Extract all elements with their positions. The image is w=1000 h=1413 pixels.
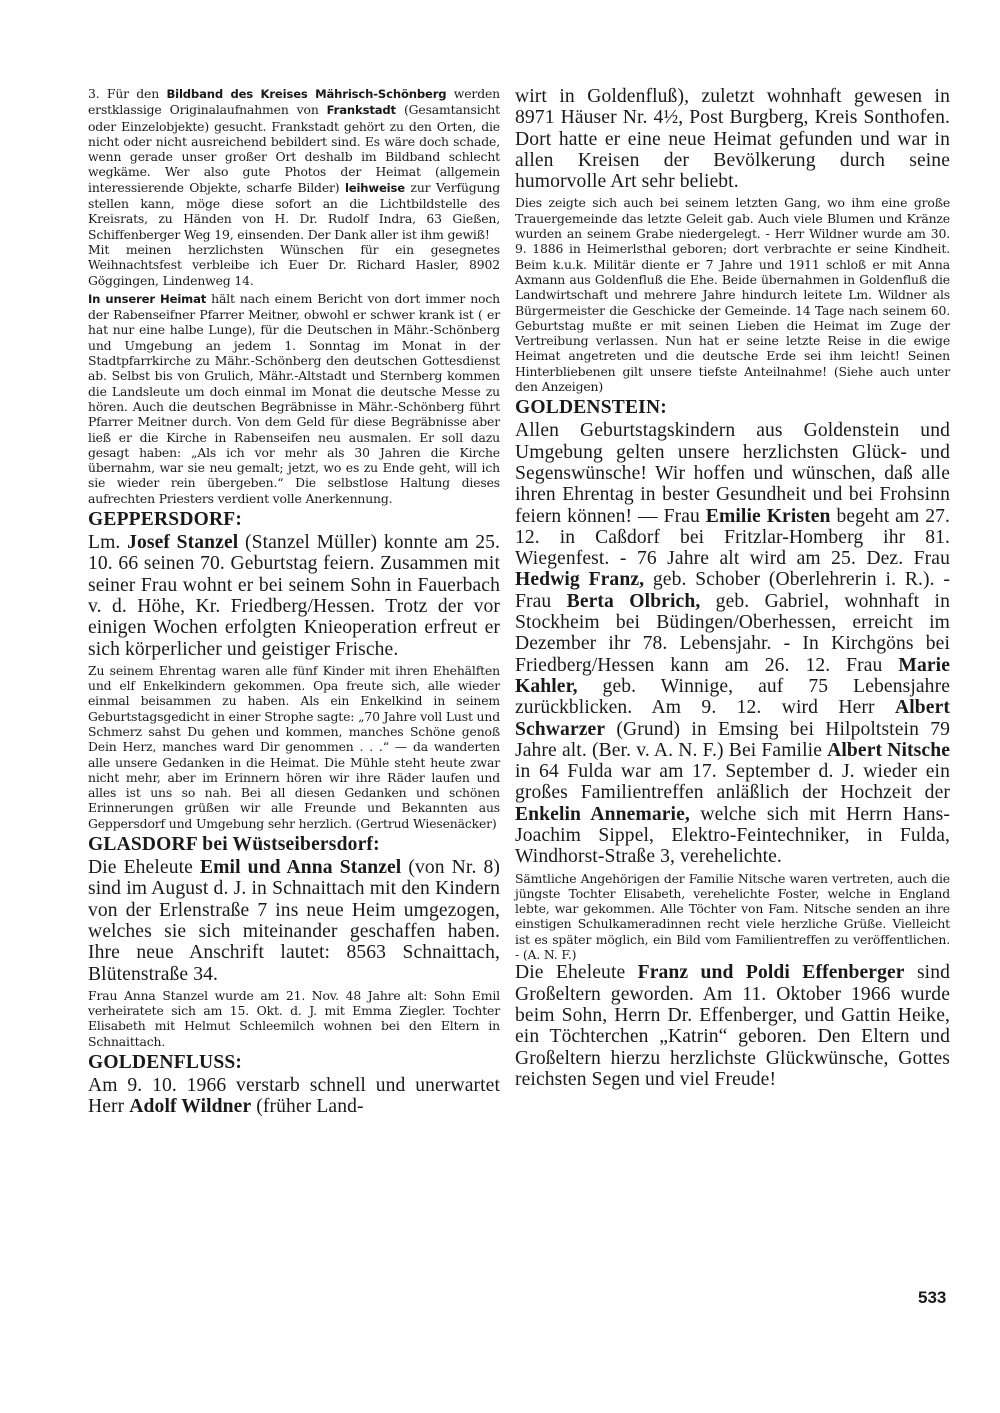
goldenstein-birthdays: Allen Geburtstagskindern aus Goldenstein… xyxy=(515,420,950,867)
text: 3. Für den xyxy=(88,86,166,101)
name-albert-nitsche: Albert Nitsche xyxy=(827,740,950,761)
name-josef-stanzel: Josef Stanzel xyxy=(127,532,238,553)
heading-goldenfluss: GOLDENFLUSS: xyxy=(88,1052,500,1074)
goldenfluss-continuation: wirt in Goldenfluß), zuletzt wohnhaft ge… xyxy=(515,86,950,192)
emphasis-bildband: Bildband des Kreises Mährisch-Schönberg xyxy=(166,87,446,101)
text: hält nach einem Bericht von dort immer n… xyxy=(88,291,500,506)
heimat-paragraph: In unserer Heimat hält nach einem Berich… xyxy=(88,291,500,506)
emphasis-heimat: In unserer Heimat xyxy=(88,292,206,306)
page-number: 533 xyxy=(918,1288,946,1308)
glasdorf-lead: Die Eheleute Emil und Anna Stanzel (von … xyxy=(88,857,500,985)
goldenfluss-lead: Am 9. 10. 1966 verstarb schnell und uner… xyxy=(88,1075,500,1118)
text: in 64 Fulda war am 17. September d. J. w… xyxy=(515,761,950,803)
name-adolf-wildner: Adolf Wildner xyxy=(129,1096,251,1117)
text: (früher Land- xyxy=(251,1096,363,1117)
right-column: wirt in Goldenfluß), zuletzt wohnhaft ge… xyxy=(515,86,950,1090)
name-emil-anna-stanzel: Emil und Anna Stanzel xyxy=(200,857,401,878)
heading-glasdorf: GLASDORF bei Wüstseibersdorf: xyxy=(88,834,500,856)
name-hedwig-franz: Hedwig Franz, xyxy=(515,569,644,590)
emphasis-frankstadt: Frankstadt xyxy=(327,103,396,117)
heading-geppersdorf: GEPPERSDORF: xyxy=(88,509,500,531)
name-berta-olbrich: Berta Olbrich, xyxy=(567,591,701,612)
geppersdorf-lead: Lm. Josef Stanzel (Stanzel Müller) konnt… xyxy=(88,532,500,660)
goldenfluss-detail: Dies zeigte sich auch bei seinem letzten… xyxy=(515,195,950,394)
nitsche-detail: Sämtliche Angehörigen der Familie Nitsch… xyxy=(515,871,950,963)
emphasis-leihweise: leihweise xyxy=(345,181,405,195)
greeting-paragraph: Mit meinen herzlichsten Wünschen für ein… xyxy=(88,242,500,288)
glasdorf-detail: Frau Anna Stanzel wurde am 21. Nov. 48 J… xyxy=(88,988,500,1049)
effenberger-paragraph: Die Eheleute Franz und Poldi Effenberger… xyxy=(515,962,950,1090)
name-effenberger: Franz und Poldi Effenberger xyxy=(638,962,905,983)
left-column: 3. Für den Bildband des Kreises Mährisch… xyxy=(88,86,500,1118)
newsletter-page: 3. Für den Bildband des Kreises Mährisch… xyxy=(0,0,1000,1413)
heading-goldenstein: GOLDENSTEIN: xyxy=(515,397,950,419)
geppersdorf-detail: Zu seinem Ehrentag waren alle fünf Kinde… xyxy=(88,663,500,831)
bildband-paragraph: 3. Für den Bildband des Kreises Mährisch… xyxy=(88,86,500,242)
name-emilie-kristen: Emilie Kristen xyxy=(706,506,831,527)
text: Die Eheleute xyxy=(515,962,638,983)
name-enkelin-annemarie: Enkelin Annemarie, xyxy=(515,804,690,825)
text: geb. Winnige, auf 75 Lebensjahre zurückb… xyxy=(515,676,950,718)
text: Lm. xyxy=(88,532,127,553)
text: Die Eheleute xyxy=(88,857,200,878)
